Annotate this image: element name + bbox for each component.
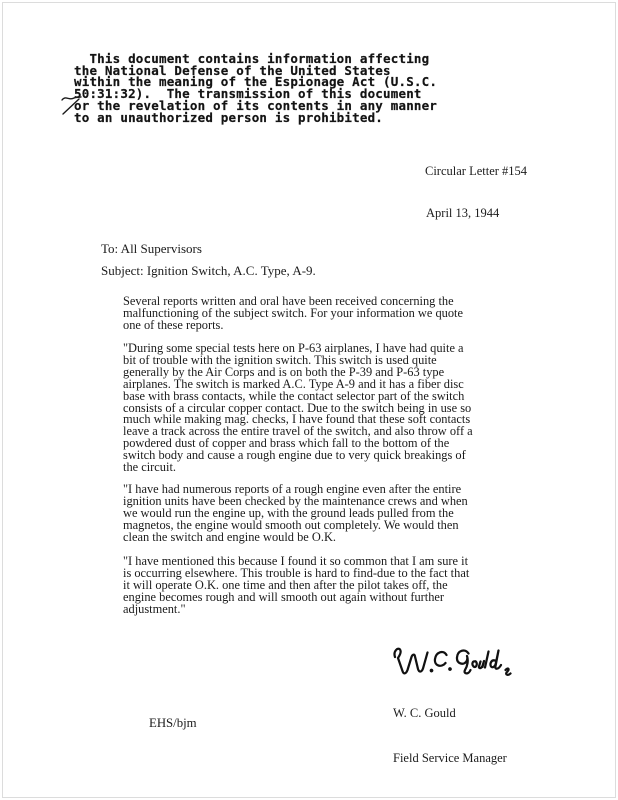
body-paragraph-2: "During some special tests here on P-63 … xyxy=(123,343,473,474)
subject-line: Subject: Ignition Switch, A.C. Type, A-9… xyxy=(101,263,316,279)
handwritten-signature xyxy=(390,645,516,678)
typist-reference-initials: EHS/bjm xyxy=(149,716,197,731)
body-paragraph-3: "I have had numerous reports of a rough … xyxy=(123,484,468,544)
signature-block: W. C. Gould Field Service Manager xyxy=(393,676,507,796)
scanned-letter-page: This document contains information affec… xyxy=(0,0,618,800)
signature-title: Field Service Manager xyxy=(393,751,507,766)
security-classification-notice: This document contains information affec… xyxy=(74,53,437,123)
body-paragraph-1: Several reports written and oral have be… xyxy=(123,296,463,332)
pen-strike-marks xyxy=(58,88,94,120)
to-line: To: All Supervisors xyxy=(101,241,202,257)
signature-typed-name: W. C. Gould xyxy=(393,706,507,721)
letter-date: April 13, 1944 xyxy=(426,206,499,221)
circular-letter-number: Circular Letter #154 xyxy=(425,164,527,179)
body-paragraph-4: "I have mentioned this because I found i… xyxy=(123,556,469,616)
